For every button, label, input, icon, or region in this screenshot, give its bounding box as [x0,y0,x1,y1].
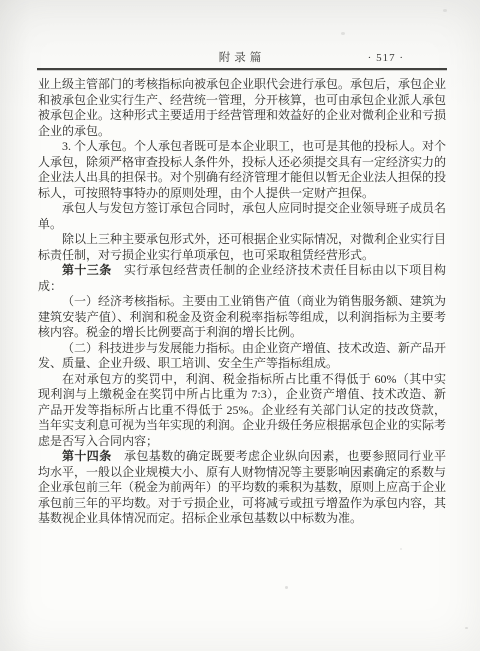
paragraph-text: 承包人与发包方签订承包合同时，承包人应同时提交企业领导班子成员名单。 [38,201,446,231]
body-paragraph: 在对承包方的奖罚中，利润、税金指标所占比重不得低于 60%（其中实现利润与上缴税… [38,372,446,450]
paragraph-text: 3. 个人承包。个人承包者既可是本企业职工，也可是其他的投标人。对个人承包，除须… [38,139,446,200]
body-paragraph: 业上级主管部门的考核指标向被承包企业职代会进行承包。承包后，承包企业和被承包企业… [38,77,446,139]
paragraph-text: （一）经济考核指标。主要由工业销售产值（商业为销售服务额、建筑为建筑安装产值）、… [38,294,446,339]
scan-speck [400,548,402,550]
scanned-page: 附录篇 · 517 · 业上级主管部门的考核指标向被承包企业职代会进行承包。承包… [0,0,480,651]
page-number: · 517 · [368,50,404,66]
page-header: 附录篇 · 517 · [38,50,446,66]
body-paragraph: （一）经济考核指标。主要由工业销售产值（商业为销售服务额、建筑为建筑安装产值）、… [38,294,446,341]
body-paragraph: 3. 个人承包。个人承包者既可是本企业职工，也可是其他的投标人。对个人承包，除须… [38,139,446,201]
body-paragraph-article-13: 第十三条 实行承包经营责任制的企业经济技术责任目标由以下项目构成： [38,263,446,294]
scan-speck [341,32,345,35]
scan-speck [443,9,447,12]
paragraph-text: （二）科技进步与发展能力指标。由企业资产增值、技术改造、新产品开发、质量、企业升… [38,341,446,371]
scan-speck [465,627,468,629]
paragraph-text: 在对承包方的奖罚中，利润、税金指标所占比重不得低于 60%（其中实现利润与上缴税… [38,372,446,448]
body-paragraph: （二）科技进步与发展能力指标。由企业资产增值、技术改造、新产品开发、质量、企业升… [38,341,446,372]
scan-speck [285,586,288,589]
header-rule [37,68,447,70]
body-paragraph-article-14: 第十四条 承包基数的确定既要考虑企业纵向因素，也要参照同行业平均水平，一般以企业… [38,449,446,527]
article-term: 第十四条 [62,449,112,463]
paragraph-text: 除以上三种主要承包形式外，还可根据企业实际情况，对微利企业实行目标责任制，对亏损… [38,232,446,262]
document-body: 业上级主管部门的考核指标向被承包企业职代会进行承包。承包后，承包企业和被承包企业… [38,77,446,527]
paragraph-text: 业上级主管部门的考核指标向被承包企业职代会进行承包。承包后，承包企业和被承包企业… [38,77,446,138]
body-paragraph: 除以上三种主要承包形式外，还可根据企业实际情况，对微利企业实行目标责任制，对亏损… [38,232,446,263]
body-paragraph: 承包人与发包方签订承包合同时，承包人应同时提交企业领导班子成员名单。 [38,201,446,232]
article-term: 第十三条 [62,263,112,277]
